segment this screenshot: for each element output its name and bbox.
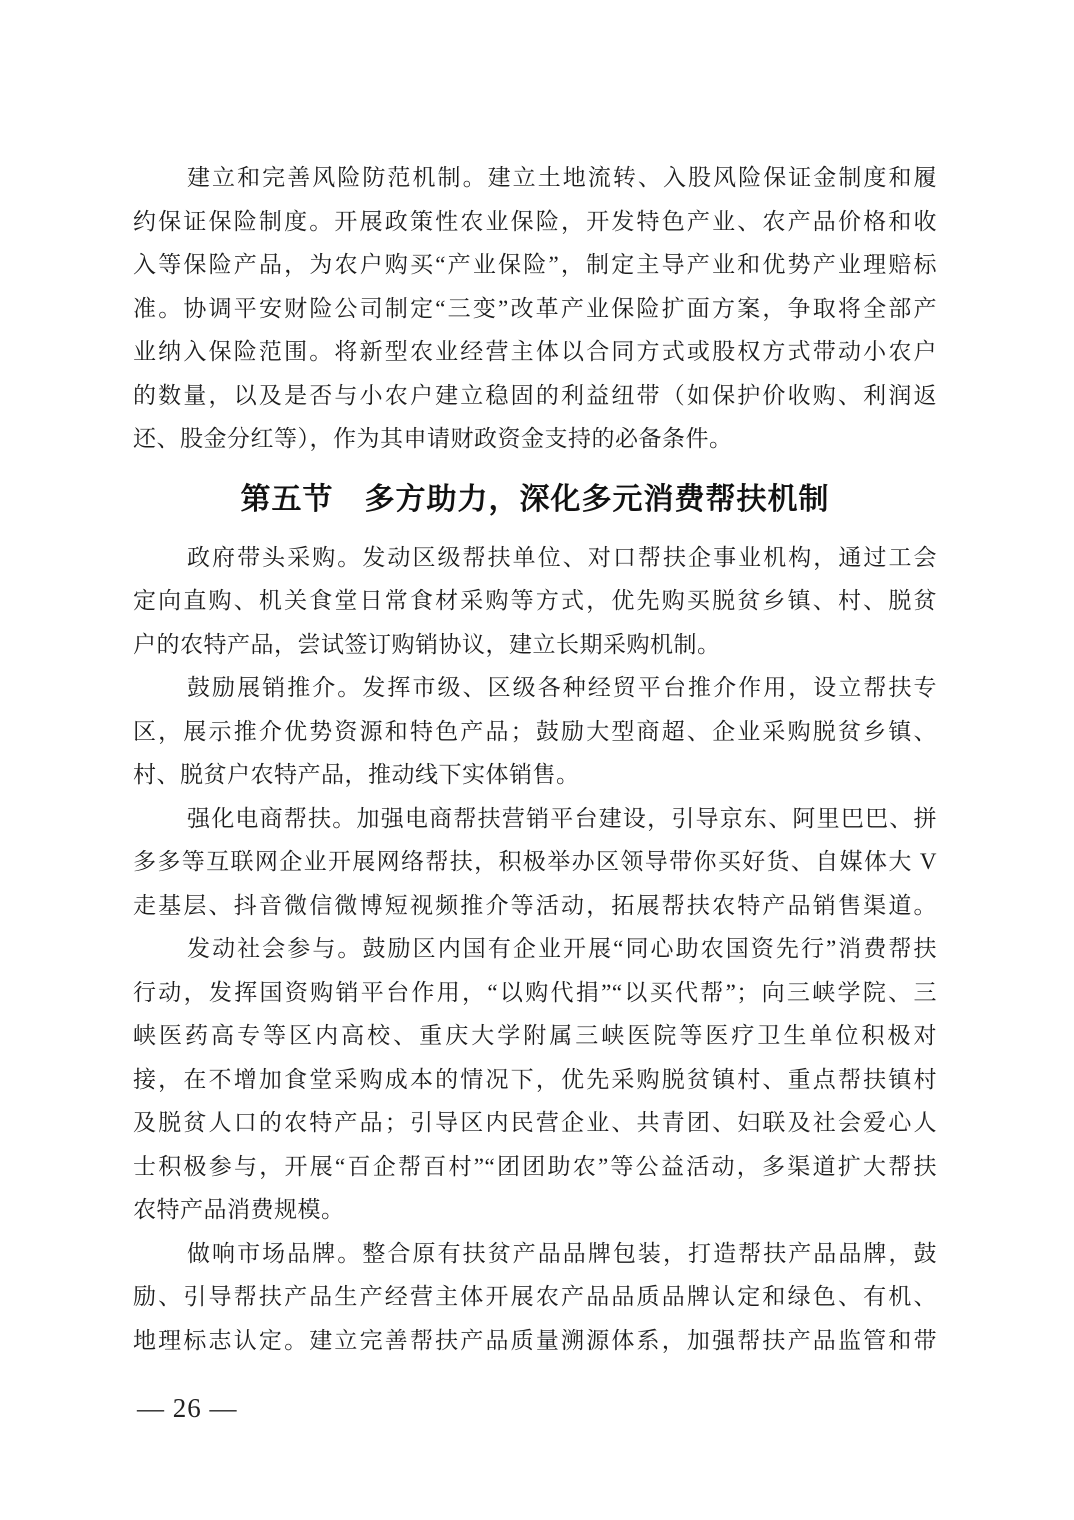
paragraph-ecommerce-assistance: 强化电商帮扶。加强电商帮扶营销平台建设，引导京东、阿里巴巴、拼多多等互联网企业开… — [133, 797, 937, 928]
text-line: 准。协调平安财险公司制定“三变”改革产业保险扩面方案，争取将全部产 — [133, 287, 937, 331]
text-line: 接，在不增加食堂采购成本的情况下，优先采购脱贫镇村、重点帮扶镇村 — [133, 1058, 937, 1102]
text-line: 还、股金分红等），作为其申请财政资金支持的必备条件。 — [133, 417, 937, 461]
page-number: — 26 — — [137, 1392, 238, 1424]
text-line: 地理标志认定。建立完善帮扶产品质量溯源体系，加强帮扶产品监管和带 — [133, 1319, 937, 1363]
paragraph-market-brand: 做响市场品牌。整合原有扶贫产品品牌包装，打造帮扶产品品牌，鼓励、引导帮扶产品生产… — [133, 1232, 937, 1363]
paragraph-risk-prevention: 建立和完善风险防范机制。建立土地流转、入股风险保证金制度和履约保证保险制度。开展… — [133, 156, 937, 461]
text-line: 建立和完善风险防范机制。建立土地流转、入股风险保证金制度和履 — [133, 156, 937, 200]
text-line: 发动社会参与。鼓励区内国有企业开展“同心助农国资先行”消费帮扶 — [133, 927, 937, 971]
text-line: 农特产品消费规模。 — [133, 1188, 937, 1232]
text-line: 及脱贫人口的农特产品；引导区内民营企业、共青团、妇联及社会爱心人 — [133, 1101, 937, 1145]
text-line: 定向直购、机关食堂日常食材采购等方式，优先购买脱贫乡镇、村、脱贫 — [133, 579, 937, 623]
text-line: 峡医药高专等区内高校、重庆大学附属三峡医院等医疗卫生单位积极对 — [133, 1014, 937, 1058]
text-line: 强化电商帮扶。加强电商帮扶营销平台建设，引导京东、阿里巴巴、拼 — [133, 797, 937, 841]
paragraph-social-participation: 发动社会参与。鼓励区内国有企业开展“同心助农国资先行”消费帮扶行动，发挥国资购销… — [133, 927, 937, 1232]
paragraph-exhibition-promotion: 鼓励展销推介。发挥市级、区级各种经贸平台推介作用，设立帮扶专区，展示推介优势资源… — [133, 666, 937, 797]
text-line: 士积极参与，开展“百企帮百村”“团团助农”等公益活动，多渠道扩大帮扶 — [133, 1145, 937, 1189]
text-line: 政府带头采购。发动区级帮扶单位、对口帮扶企事业机构，通过工会 — [133, 536, 937, 580]
text-line: 户的农特产品，尝试签订购销协议，建立长期采购机制。 — [133, 623, 937, 667]
text-line: 励、引导帮扶产品生产经营主体开展农产品品质品牌认定和绿色、有机、 — [133, 1275, 937, 1319]
text-line: 村、脱贫户农特产品，推动线下实体销售。 — [133, 753, 937, 797]
text-line: 区，展示推介优势资源和特色产品；鼓励大型商超、企业采购脱贫乡镇、 — [133, 710, 937, 754]
text-line: 多多等互联网企业开展网络帮扶，积极举办区领导带你买好货、自媒体大 V — [133, 840, 937, 884]
text-line: 鼓励展销推介。发挥市级、区级各种经贸平台推介作用，设立帮扶专 — [133, 666, 937, 710]
text-line: 业纳入保险范围。将新型农业经营主体以合同方式或股权方式带动小农户 — [133, 330, 937, 374]
text-line: 走基层、抖音微信微博短视频推介等活动，拓展帮扶农特产品销售渠道。 — [133, 884, 937, 928]
text-line: 行动，发挥国资购销平台作用，“以购代捐”“以买代帮”；向三峡学院、三 — [133, 971, 937, 1015]
text-line: 做响市场品牌。整合原有扶贫产品品牌包装，打造帮扶产品品牌，鼓 — [133, 1232, 937, 1276]
section-heading: 第五节 多方助力，深化多元消费帮扶机制 — [133, 477, 937, 523]
document-page: 建立和完善风险防范机制。建立土地流转、入股风险保证金制度和履约保证保险制度。开展… — [0, 0, 1074, 1520]
text-line: 约保证保险制度。开展政策性农业保险，开发特色产业、农产品价格和收 — [133, 200, 937, 244]
paragraph-government-procurement: 政府带头采购。发动区级帮扶单位、对口帮扶企事业机构，通过工会定向直购、机关食堂日… — [133, 536, 937, 667]
document-body: 建立和完善风险防范机制。建立土地流转、入股风险保证金制度和履约保证保险制度。开展… — [133, 156, 937, 1362]
text-line: 的数量，以及是否与小农户建立稳固的利益纽带（如保护价收购、利润返 — [133, 374, 937, 418]
text-line: 入等保险产品，为农户购买“产业保险”，制定主导产业和优势产业理赔标 — [133, 243, 937, 287]
